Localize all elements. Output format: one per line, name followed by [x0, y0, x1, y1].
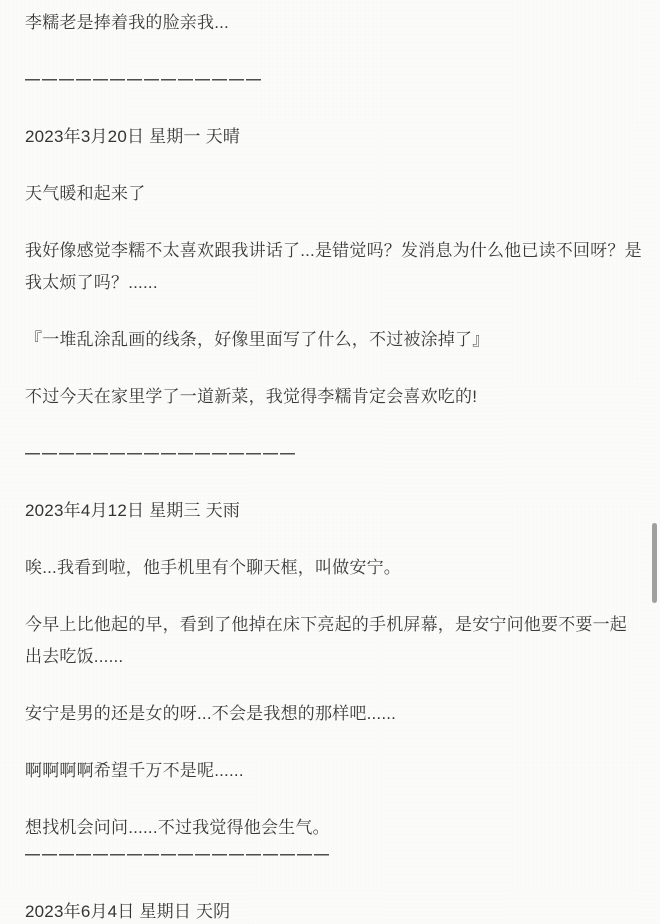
- diary-text-line: 天气暖和起来了: [25, 178, 644, 210]
- diary-text-line: 『一堆乱涂乱画的线条，好像里面写了什么，不过被涂掉了』: [25, 324, 644, 356]
- diary-divider: ——————————————————: [25, 839, 644, 871]
- diary-text-line: 今早上比他起的早，看到了他掉在床下亮起的手机屏幕，是安宁问他要不要一起出去吃饭.…: [25, 609, 644, 673]
- diary-text-line: 我好像感觉李糯不太喜欢跟我讲话了...是错觉吗？发消息为什么他已读不回呀？是我太…: [25, 235, 644, 299]
- diary-entry-date: 2023年6月4日 星期日 天阴: [25, 896, 644, 924]
- diary-text-line: 唉...我看到啦，他手机里有个聊天框，叫做安宁。: [25, 552, 644, 584]
- diary-text-line: 啊啊啊啊希望千万不是呢......: [25, 755, 644, 787]
- diary-divider: ——————————————: [25, 64, 644, 96]
- diary-text-line: 李糯老是捧着我的脸亲我...: [25, 7, 644, 39]
- diary-entry-date: 2023年3月20日 星期一 天晴: [25, 121, 644, 153]
- diary-page: 李糯老是捧着我的脸亲我...——————————————2023年3月20日 星…: [0, 0, 660, 924]
- diary-text-line: 不过今天在家里学了一道新菜，我觉得李糯肯定会喜欢吃的!: [25, 381, 644, 413]
- diary-divider: ————————————————: [25, 438, 644, 470]
- diary-entry-date: 2023年4月12日 星期三 天雨: [25, 495, 644, 527]
- diary-text-line: 安宁是男的还是女的呀...不会是我想的那样吧......: [25, 698, 644, 730]
- scrollbar-thumb[interactable]: [652, 523, 657, 603]
